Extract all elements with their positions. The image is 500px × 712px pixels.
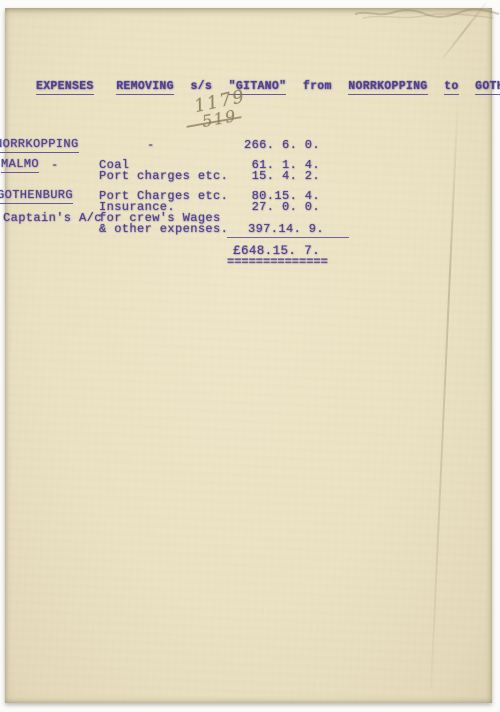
row-place: GOTHENBURG bbox=[0, 189, 73, 204]
row-dash: - bbox=[51, 159, 59, 171]
title-word-expenses: EXPENSES bbox=[36, 81, 94, 95]
title-word-norrkopping: NORRKOPPING bbox=[348, 81, 427, 95]
title-word-from: from bbox=[303, 81, 332, 93]
title-word-removing: REMOVING bbox=[116, 81, 174, 95]
total-double-rule: ============== bbox=[227, 256, 328, 268]
row-amount-underlined: 397.14. 9. bbox=[227, 223, 349, 238]
paper-sheet: EXPENSES REMOVING s/s "GITANO" from NORR… bbox=[5, 8, 492, 703]
paper-texture bbox=[5, 8, 492, 703]
row-amount: 266. 6. 0. bbox=[244, 139, 320, 151]
row-description: & other expenses. bbox=[99, 223, 228, 235]
title-word-ss: s/s bbox=[190, 81, 212, 93]
title-word-gothenburg: GOTHENBURG. bbox=[475, 81, 500, 95]
title-word-to: to bbox=[444, 81, 458, 95]
row-place: MALMO bbox=[1, 158, 39, 173]
row-place: Captain's A/c bbox=[3, 212, 102, 224]
row-description: Port charges etc. bbox=[99, 170, 228, 182]
document-title: EXPENSES REMOVING s/s "GITANO" from NORR… bbox=[36, 76, 500, 95]
row-amount: 27. 0. 0. bbox=[252, 201, 320, 213]
paper-crease bbox=[430, 96, 458, 687]
pencil-annotation-denominator: 519 bbox=[201, 108, 238, 130]
row-amount: 15. 4. 2. bbox=[252, 170, 320, 182]
row-dash: - bbox=[147, 139, 155, 151]
scanned-document-page: EXPENSES REMOVING s/s "GITANO" from NORR… bbox=[0, 0, 500, 712]
row-place: NORRKOPPING bbox=[0, 138, 79, 153]
